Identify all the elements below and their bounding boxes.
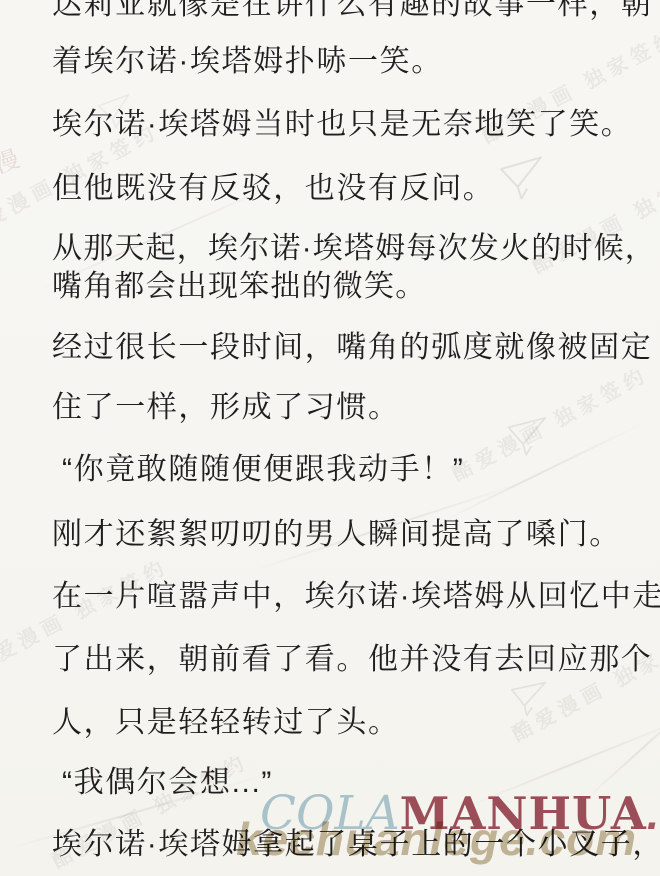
text-line: 埃尔诺·埃塔姆当时也只是无奈地笑了笑。 bbox=[52, 108, 632, 142]
novel-text: 达莉亚就像是在讲什么有趣的故事一样，朝 着埃尔诺·埃塔姆扑哧一笑。 埃尔诺·埃塔… bbox=[0, 0, 660, 876]
text-line: 着埃尔诺·埃塔姆扑哧一笑。 bbox=[52, 45, 443, 79]
text-line: 经过很长一段时间，嘴角的弧度就像被固定 bbox=[52, 331, 652, 365]
text-line: 从那天起，埃尔诺·埃塔姆每次发火的时候， bbox=[52, 232, 656, 266]
text-line: 人，只是轻轻转过了头。 bbox=[52, 706, 400, 740]
text-line: 住了一样，形成了习惯。 bbox=[52, 391, 400, 425]
text-line-quote: “我偶尔会想...” bbox=[62, 766, 273, 800]
text-line: 刚才还絮絮叨叨的男人瞬间提高了嗓门。 bbox=[52, 518, 621, 552]
text-line: 嘴角都会出现笨拙的微笑。 bbox=[52, 270, 426, 304]
text-line-quote: “你竟敢随随便便跟我动手！” bbox=[62, 453, 464, 487]
text-line: 埃尔诺·埃塔姆拿起了桌子上的一个小叉子， bbox=[52, 828, 660, 862]
text-line: 在一片喧嚣声中，埃尔诺·埃塔姆从回忆中走 bbox=[52, 580, 660, 614]
text-line: 但他既没有反驳，也没有反问。 bbox=[52, 172, 494, 206]
novel-text-page: 酷爱漫画 独家签约 酷爱漫画 独家签约 酷爱漫画 独家签约 酷爱漫画 独家签约 … bbox=[0, 0, 660, 876]
text-line: 了出来，朝前看了看。他并没有去回应那个 bbox=[52, 643, 652, 677]
text-line: 达莉亚就像是在讲什么有趣的故事一样，朝 bbox=[52, 0, 652, 22]
